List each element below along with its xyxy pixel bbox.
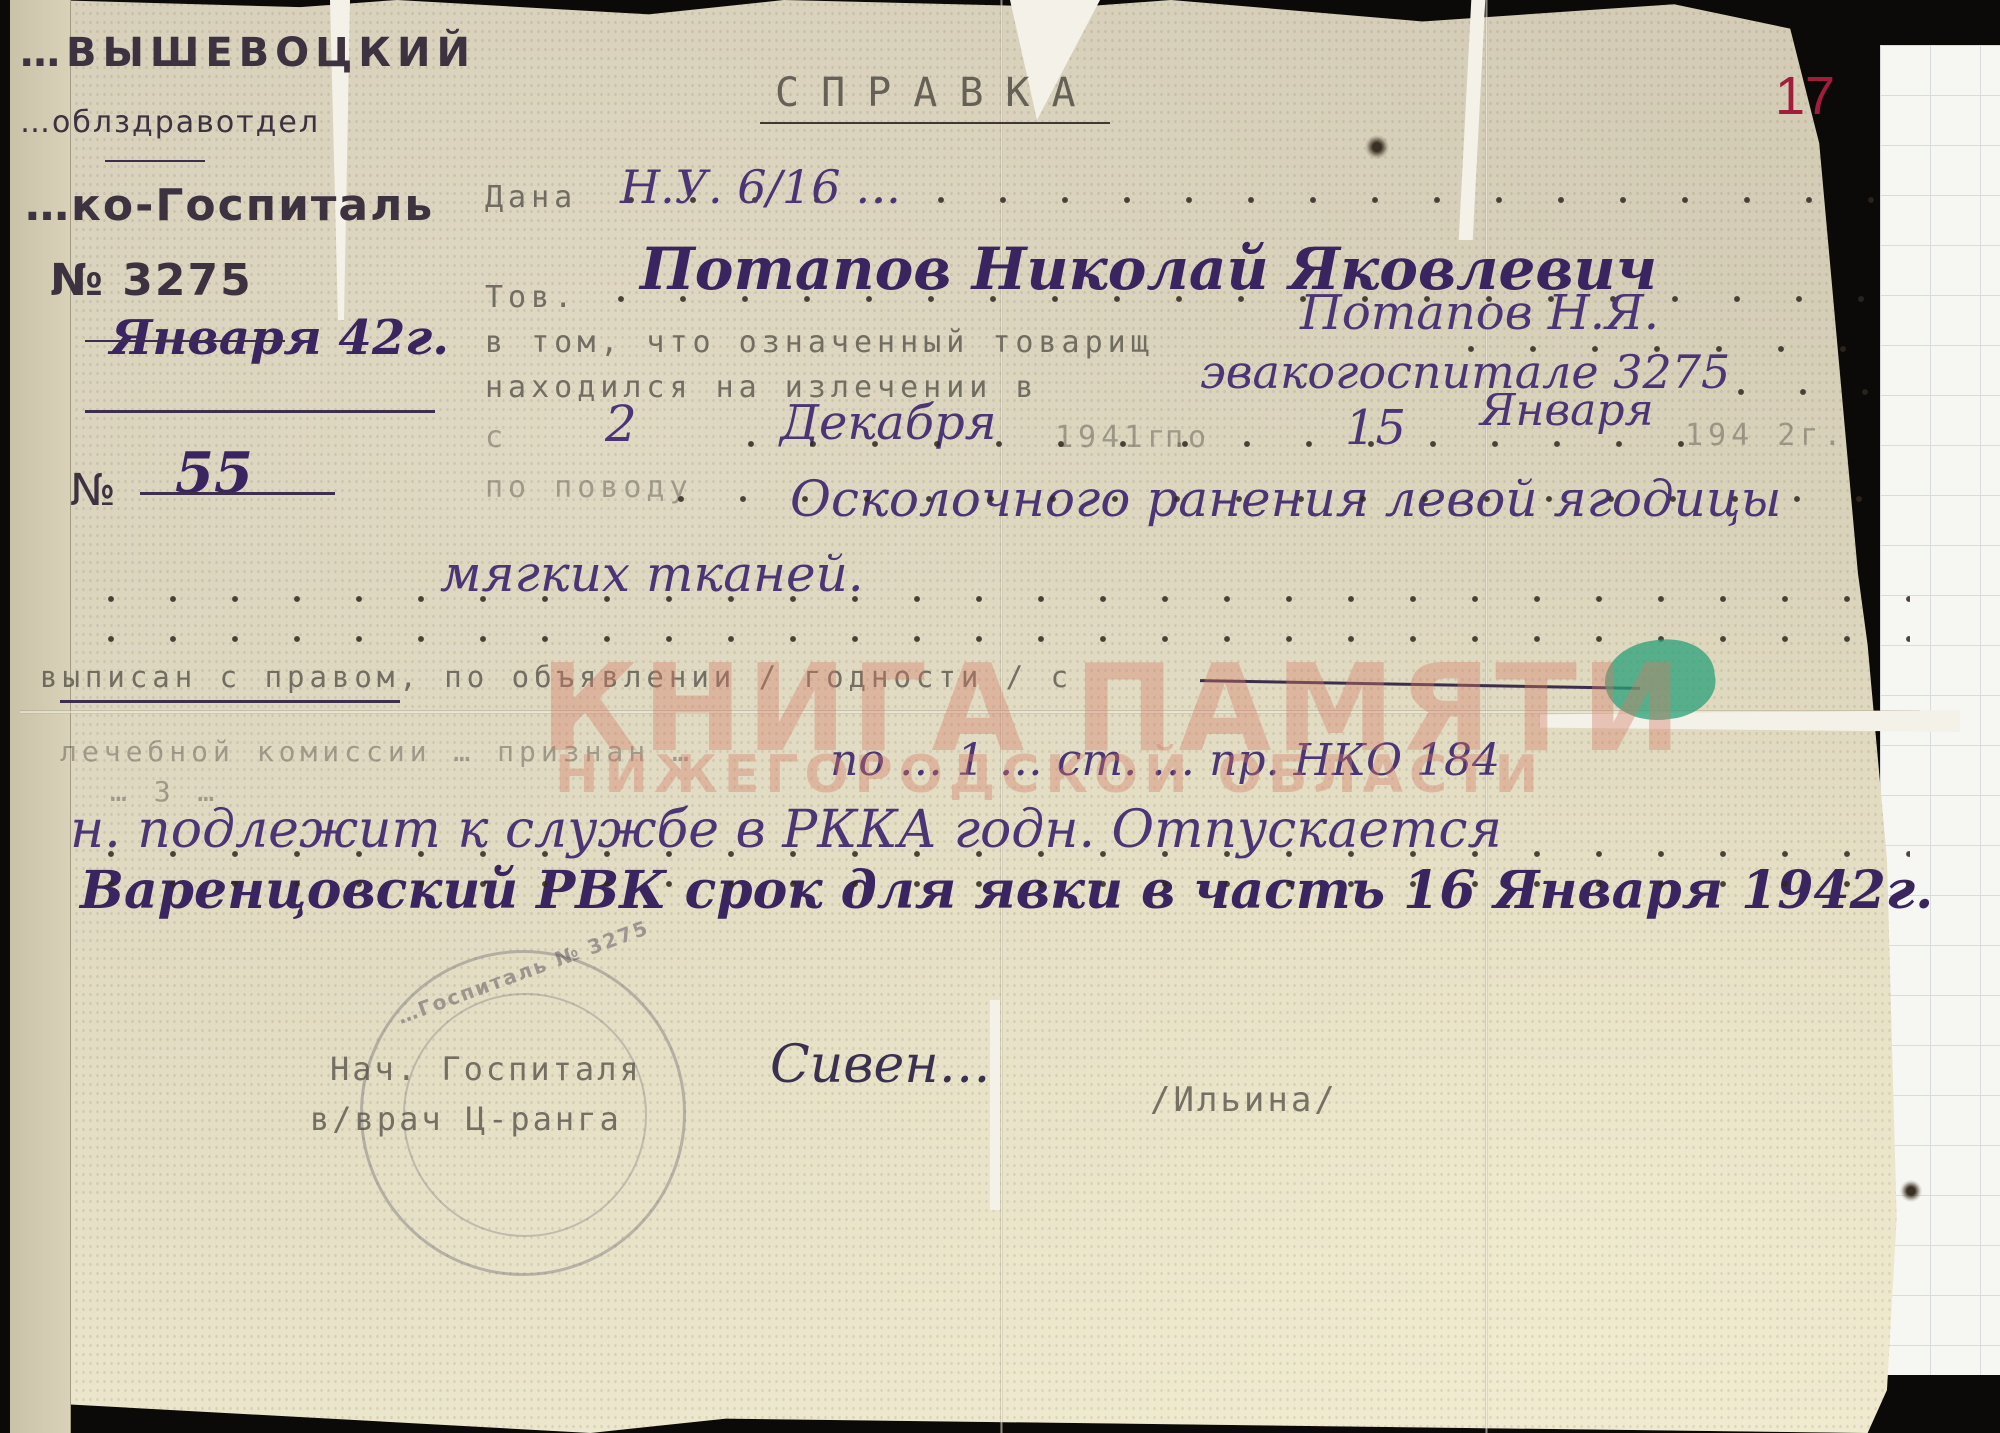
date-underline	[85, 410, 435, 413]
period-to-label: по	[1165, 420, 1211, 455]
dotted-fill-line	[80, 850, 1910, 858]
given-label: Дана	[485, 180, 577, 215]
period-from-label: с	[485, 420, 508, 455]
stamp-district: …ВЫШЕВОЦКИЙ	[20, 30, 476, 76]
dotted-fill-line	[1710, 388, 1900, 396]
line-2-printed: в том, что означенный товарищ	[485, 325, 1154, 360]
period-to-year: 194 2г.	[1685, 418, 1846, 453]
outgoing-number-label: №	[70, 465, 118, 516]
signature-stamp-right: /Ильина/	[1150, 1080, 1338, 1120]
dotted-fill-line	[80, 880, 1910, 888]
watermark-line-2: НИЖЕГОРОДСКОЙ ОБЛАСТИ	[555, 745, 1544, 805]
outgoing-number-underline	[140, 492, 335, 495]
stamp-health-department: …облздравотдел	[20, 105, 320, 140]
comrade-label: Тов.	[485, 280, 577, 315]
patient-short-name: Потапов Н.Я.	[1300, 285, 1659, 341]
period-from-day: 2	[605, 395, 637, 453]
date-overline	[85, 340, 285, 342]
given-value: Н.У. 6/16 …	[620, 160, 901, 214]
title-underline	[760, 122, 1110, 124]
discharge-strike-line	[60, 700, 400, 703]
handwritten-lower-line-3: Варенцовский РВК срок для явки в часть 1…	[80, 860, 1933, 921]
ink-stain	[1365, 135, 1389, 159]
ink-stain	[1900, 1180, 1922, 1202]
dotted-fill-line	[720, 440, 1700, 448]
archive-sheet-number: 17	[1775, 65, 1835, 127]
stamp-hospital-name: …ко-Госпиталь	[25, 180, 434, 231]
outgoing-number-value: 55	[175, 440, 253, 506]
signature-stamp-line-2: в/врач Ц-ранга	[310, 1100, 622, 1138]
document-title: СПРАВКА	[775, 70, 1098, 116]
period-to-month: Января	[1480, 385, 1654, 436]
signature-stamp-line-1: Нач. Госпиталя	[330, 1050, 642, 1088]
stamp-hospital-number: № 3275	[50, 255, 253, 306]
handwritten-issue-date: Января 42г.	[110, 310, 449, 366]
stamp-underline	[105, 160, 205, 162]
signature-head: Сивен…	[770, 1035, 991, 1095]
dotted-fill-line	[650, 495, 1900, 503]
dotted-fill-line	[80, 595, 1910, 603]
paper-tear	[990, 1000, 1000, 1210]
